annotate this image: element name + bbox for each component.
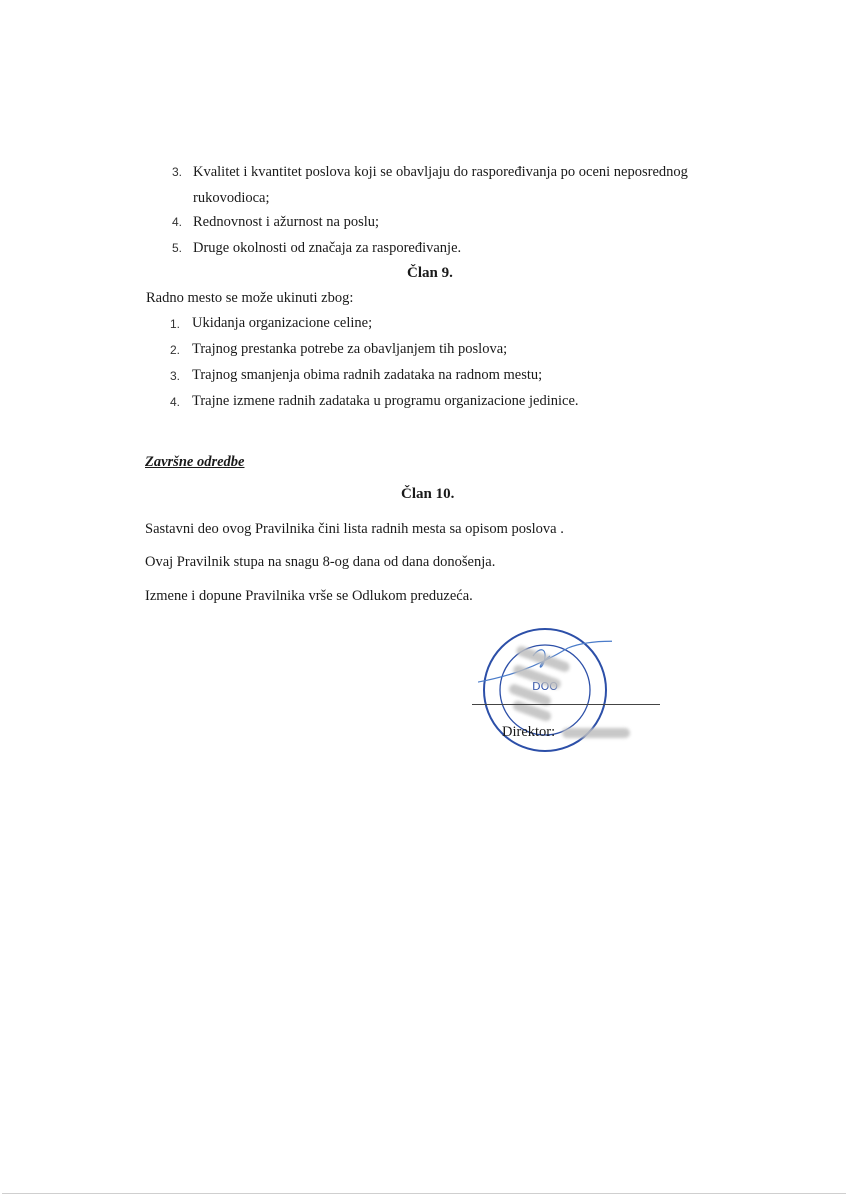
list-item-text: Ukidanja organizacione celine; — [192, 316, 372, 331]
director-label: Direktor: — [502, 725, 555, 740]
article-10-title: Član 10. — [401, 487, 454, 502]
paragraph: Ovaj Pravilnik stupa na snagu 8-og dana … — [145, 555, 495, 570]
article-9-title: Član 9. — [407, 266, 453, 281]
list-item-text: Druge okolnosti od značaja za raspoređiv… — [193, 241, 461, 256]
list-number: 1. — [170, 318, 180, 330]
list-item-text: Trajnog smanjenja obima radnih zadataka … — [192, 368, 542, 383]
list-item-text: Rednovnost i ažurnost na poslu; — [193, 215, 379, 230]
section-heading: Završne odredbe — [145, 455, 244, 470]
list-number: 3. — [170, 370, 180, 382]
paragraph: Sastavni deo ovog Pravilnika čini lista … — [145, 522, 564, 537]
list-number: 4. — [172, 216, 182, 228]
paragraph: Izmene i dopune Pravilnika vrše se Odluk… — [145, 589, 473, 604]
list-number: 2. — [170, 344, 180, 356]
article-9-intro: Radno mesto se može ukinuti zbog: — [146, 291, 353, 306]
signature-line — [472, 704, 660, 705]
redacted-director-name — [562, 728, 630, 738]
list-item-text: Trajnog prestanka potrebe za obavljanjem… — [192, 342, 507, 357]
page-edge-line — [2, 1193, 846, 1194]
list-item-text: Kvalitet i kvantitet poslova koji se oba… — [193, 165, 688, 180]
list-number: 4. — [170, 396, 180, 408]
list-item-continuation: rukovodioca; — [193, 191, 270, 206]
list-item-text: Trajne izmene radnih zadataka u programu… — [192, 394, 579, 409]
list-number: 5. — [172, 242, 182, 254]
list-number: 3. — [172, 166, 182, 178]
